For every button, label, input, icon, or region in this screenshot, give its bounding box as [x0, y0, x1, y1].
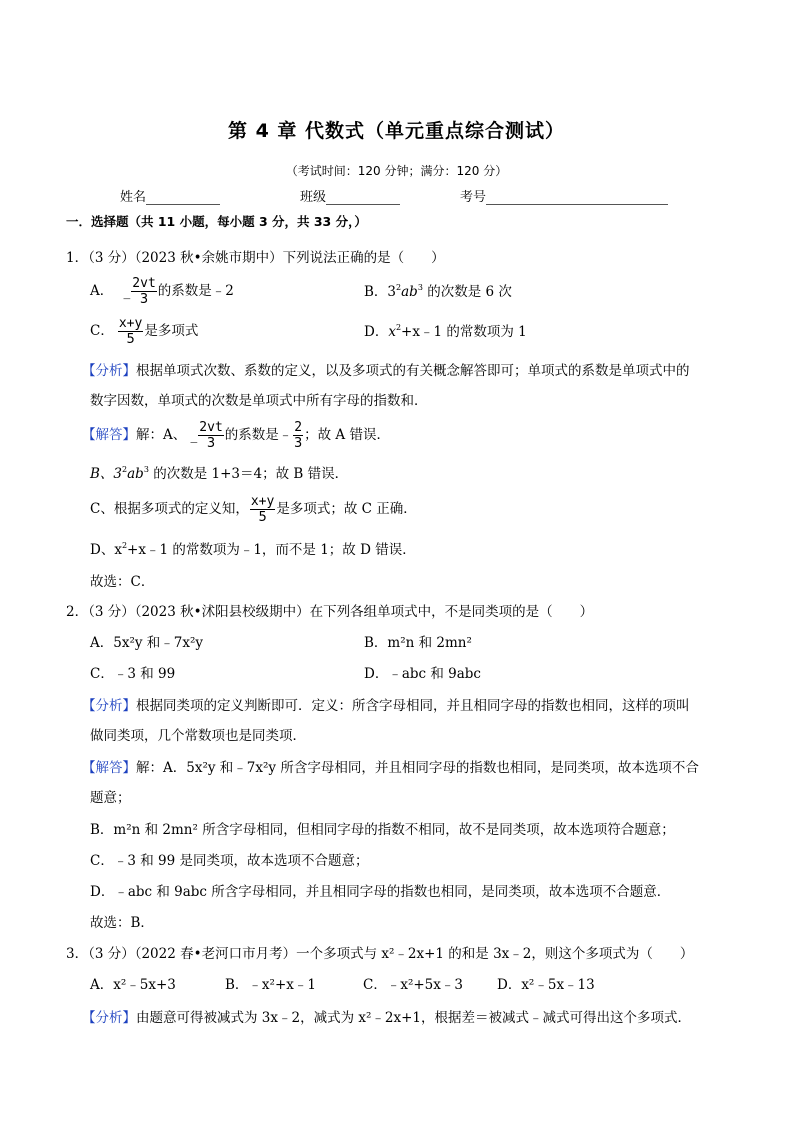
class-label: 班级: [300, 190, 326, 205]
class-blank: [326, 190, 400, 205]
q2-answer-c: C．﹣3 和 99 是同类项，故本选项不合题意；: [90, 849, 368, 869]
q1-answer-a: 【解答】解：A、 _2vt3的系数是﹣23；故 A 错误．: [82, 420, 390, 451]
answer-tag: 【解答】: [82, 427, 136, 443]
name-field: 姓名: [120, 186, 220, 205]
q1-answer-c: C、根据多项式的定义知，x+y5是多项式；故 C 正确．: [90, 494, 417, 525]
q1-answer-b: B、32ab3 的次数是 1+3＝4；故 B 错误．: [90, 462, 348, 482]
analysis-tag: 【分析】: [82, 698, 136, 714]
analysis-tag: 【分析】: [82, 363, 136, 379]
q1-option-d: D．x2+x﹣1 的常数项为 1: [364, 320, 527, 340]
exam-number-field: 考号: [460, 186, 668, 205]
q2-option-b: B．m²n 和 2mn²: [364, 631, 472, 651]
q1-analysis: 【分析】根据单项式次数、系数的定义，以及多项式的有关概念解答即可；单项式的系数是…: [82, 359, 690, 379]
q2-analysis-cont: 做同类项，几个常数项也是同类项．: [90, 724, 306, 744]
q1-option-c: C．x+y5是多项式: [90, 316, 198, 347]
q2-option-c: C．﹣3 和 99: [90, 662, 175, 682]
q2-answer-d: D．﹣abc 和 9abc 所含字母相同，并且相同字母的指数也相同，是同类项，故…: [90, 880, 670, 900]
fraction: 23: [293, 420, 303, 451]
name-label: 姓名: [120, 190, 146, 205]
analysis-tag: 【分析】: [82, 1010, 136, 1026]
q3-analysis: 【分析】由题意可得被减式为 3x﹣2，减式为 x²﹣2x+1，根据差＝被减式﹣减…: [82, 1006, 691, 1026]
q2-answer-b: B．m²n 和 2mn² 所含字母相同，但相同字母的指数不相同，故不是同类项，故…: [90, 818, 675, 838]
name-blank: [146, 190, 220, 205]
q1-option-b: B．32ab3 的次数是 6 次: [364, 280, 512, 300]
q2-option-a: A．5x²y 和﹣7x²y: [90, 631, 203, 651]
q1-answer-d: D、x2+x﹣1 的常数项为﹣1，而不是 1；故 D 错误．: [90, 538, 416, 558]
q3-stem: 3．（3 分）（2022 春•老河口市月考）一个多项式与 x²﹣2x+1 的和是…: [66, 942, 693, 962]
q1-conclusion: 故选：C．: [90, 570, 154, 590]
fraction: 2vt3: [198, 420, 223, 451]
q2-answer-a-cont: 题意；: [90, 786, 131, 806]
q3-option-a: A．x²﹣5x+3: [90, 973, 176, 993]
q1-analysis-cont: 数字因数，单项式的次数是单项式中所有字母的指数和．: [90, 389, 428, 409]
q3-option-d: D．x²﹣5x﹣13: [497, 973, 595, 993]
section-heading: 一．选择题（共 11 小题，每小题 3 分，共 33 分，）: [66, 212, 367, 230]
q2-answer-a: 【解答】解：A．5x²y 和﹣7x²y 所含字母相同，并且相同字母的指数也相同，…: [82, 756, 699, 776]
exam-number-blank: [486, 190, 668, 205]
q1-stem: 1．（3 分）（2023 秋•余姚市期中）下列说法正确的是（ ）: [66, 246, 445, 266]
q2-analysis: 【分析】根据同类项的定义判断即可．定义：所含字母相同，并且相同字母的指数也相同，…: [82, 694, 690, 714]
exam-number-label: 考号: [460, 190, 486, 205]
fraction: x+y5: [250, 494, 275, 525]
fraction: x+y5: [118, 316, 143, 347]
exam-info: （考试时间：120 分钟；满分：120 分）: [0, 162, 793, 179]
q2-stem: 2．（3 分）（2023 秋•沭阳县校级期中）在下列各组单项式中，不是同类项的是…: [66, 600, 593, 620]
q2-option-d: D．﹣abc 和 9abc: [364, 662, 481, 682]
q3-option-c: C．﹣x²+5x﹣3: [363, 973, 463, 993]
fraction: 2vt3: [131, 276, 156, 307]
answer-tag: 【解答】: [82, 760, 136, 776]
q1-option-a: A． _2vt3的系数是﹣2: [90, 276, 234, 307]
class-field: 班级: [300, 186, 400, 205]
q3-option-b: B．﹣x²+x﹣1: [225, 973, 316, 993]
q2-conclusion: 故选：B．: [90, 911, 154, 931]
page-title: 第 4 章 代数式（单元重点综合测试）: [0, 116, 793, 143]
